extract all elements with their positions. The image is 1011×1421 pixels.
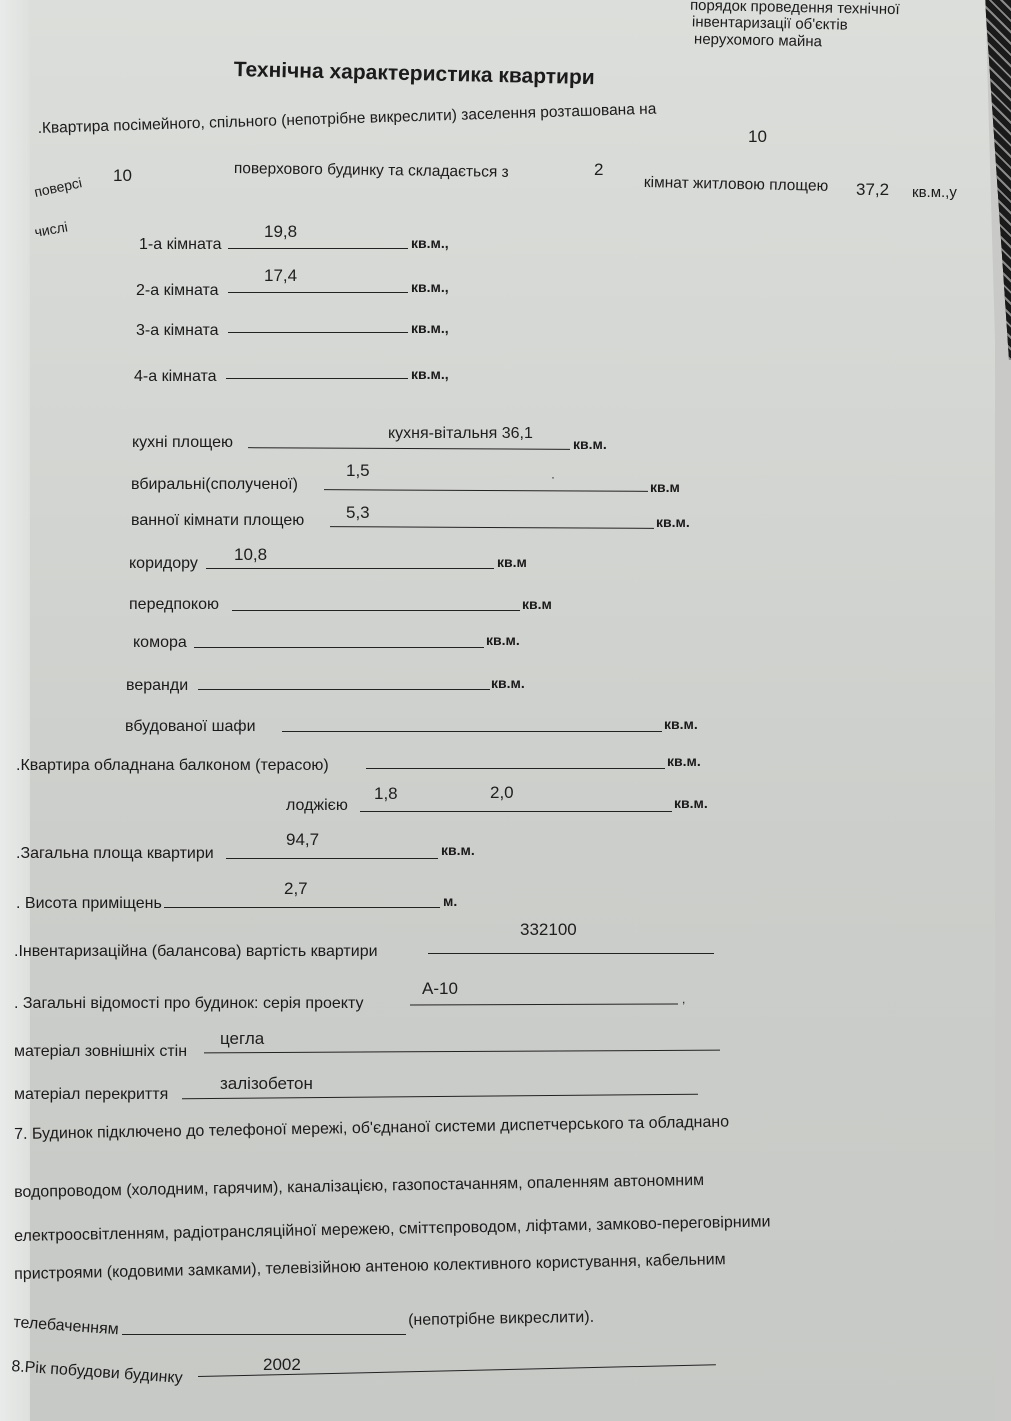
room-field-line — [228, 248, 408, 249]
floor-value: 10 — [748, 127, 767, 147]
project-series-value: А-10 — [422, 979, 458, 999]
living-area-value: 37,2 — [856, 180, 889, 200]
height-label: . Висота приміщень — [16, 895, 162, 913]
room-unit: кв.м., — [411, 235, 449, 251]
room-unit: кв.м., — [411, 320, 449, 336]
bathroom-unit: кв.м. — [656, 514, 690, 530]
cable-tv-tail: (непотрібне викреслити). — [408, 1309, 594, 1330]
wall-material-value: цегла — [220, 1029, 264, 1049]
toilet-label: вбиральні(сполученої) — [131, 476, 298, 494]
inventory-value-field-line — [428, 953, 714, 954]
storeroom-field-line — [194, 647, 484, 648]
loggia-value-1: 1,8 — [374, 784, 398, 804]
rooms-count-value: 2 — [594, 160, 603, 180]
veranda-label: веранди — [126, 677, 188, 695]
room-unit: кв.м., — [411, 366, 449, 382]
room-field-line — [228, 292, 408, 293]
intro-text-2: поверхового будинку та складається з — [234, 160, 509, 182]
wardrobe-label: вбудованої шафи — [125, 718, 256, 736]
room-unit: кв.м., — [411, 279, 449, 295]
storeroom-label: комора — [133, 634, 187, 652]
total-area-field-line — [226, 858, 438, 859]
intro-unit: кв.м.,у — [912, 184, 957, 201]
floor-material-value: залізобетон — [220, 1074, 313, 1094]
corridor-value: 10,8 — [234, 545, 267, 565]
height-value: 2,7 — [284, 879, 308, 899]
veranda-field-line — [198, 689, 490, 690]
room-value: 19,8 — [264, 222, 297, 242]
floor-material-label: матеріал перекриття — [14, 1086, 168, 1104]
inventory-value-value: 332100 — [520, 920, 577, 940]
corridor-unit: кв.м — [497, 554, 527, 570]
year-built-value: 2002 — [263, 1355, 301, 1375]
corridor-label: коридору — [129, 555, 198, 573]
room-label: 2-а кімната — [136, 282, 219, 300]
toilet-value: 1,5 — [346, 461, 370, 481]
project-series-tail: , — [682, 992, 685, 1006]
balcony-field-line — [366, 768, 665, 769]
cable-tv-field-line — [122, 1334, 406, 1335]
project-series-label: . Загальні відомості про будинок: серія … — [14, 995, 363, 1013]
height-field-line — [164, 907, 440, 908]
wall-material-label: матеріал зовнішніх стін — [14, 1043, 187, 1061]
loggia-value-2: 2,0 — [490, 783, 514, 803]
loggia-label: лоджією — [286, 797, 348, 815]
bathroom-label: ванної кімнати площею — [131, 512, 304, 530]
balcony-unit: кв.м. — [667, 753, 701, 769]
hallway-label: передпокою — [129, 596, 219, 614]
intro-text-3: кімнат житловою площею — [644, 174, 829, 196]
total-area-unit: кв.м. — [441, 842, 475, 858]
kitchen-unit: кв.м. — [573, 436, 607, 452]
room-value: 17,4 — [264, 266, 297, 286]
hallway-field-line — [232, 610, 520, 611]
total-area-label: .Загальна площа квартири — [16, 845, 214, 863]
document-page — [30, 0, 995, 1421]
kitchen-label: кухні площею — [132, 434, 233, 452]
hallway-unit: кв.м — [522, 596, 552, 612]
room-label: 1-а кімната — [139, 236, 222, 254]
wardrobe-field-line — [282, 731, 662, 732]
balcony-label: .Квартира обладнана балконом (терасою) — [16, 757, 329, 775]
kitchen-value: кухня-вітальня 36,1 — [388, 425, 533, 443]
bathroom-value: 5,3 — [346, 503, 370, 523]
loggia-unit: кв.м. — [674, 795, 708, 811]
corridor-field-line — [206, 568, 494, 569]
height-unit: м. — [443, 893, 457, 909]
toilet-unit: кв.м — [650, 479, 680, 495]
total-area-value: 94,7 — [286, 830, 319, 850]
room-label: 4-а кімната — [134, 368, 217, 386]
storeroom-unit: кв.м. — [486, 632, 520, 648]
wardrobe-unit: кв.м. — [664, 716, 698, 732]
room-field-line — [226, 378, 408, 379]
room-field-line — [228, 332, 408, 333]
header-note-line3: нерухомого майна — [694, 32, 822, 51]
inventory-value-label: .Інвентаризаційна (балансова) вартість к… — [14, 943, 378, 961]
storeys-value: 10 — [113, 166, 132, 186]
stray-dot: · — [551, 470, 555, 484]
room-label: 3-а кімната — [136, 322, 219, 340]
veranda-unit: кв.м. — [491, 675, 525, 691]
loggia-field-line — [360, 811, 672, 812]
